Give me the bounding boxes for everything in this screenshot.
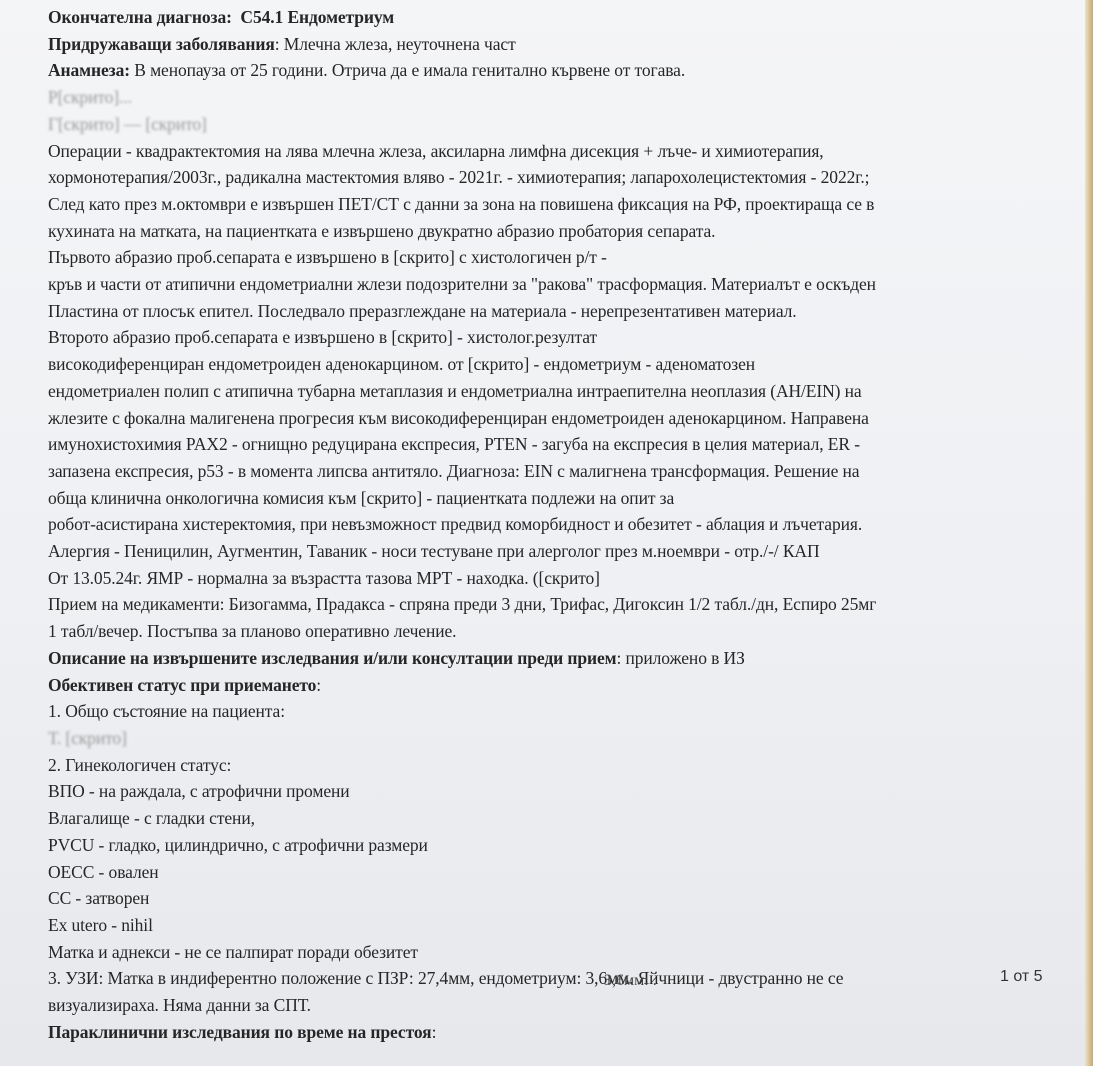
objective-status-section: 1. Общо състояние на пациента:Т. [скрито… [48,698,1058,1018]
text-line: Алергия - Пеницилин, Аугментин, Таваник … [48,538,1058,565]
text-line: След като през м.октомври е извършен ПЕТ… [48,191,1058,218]
status-line: Ex utero - nihil [48,912,1058,939]
text-line: кръв и части от атипични ендометриални ж… [48,271,1058,298]
comorbidities: Придружаващи заболявания: Млечна жлеза, … [48,31,1058,58]
status-line: 1. Общо състояние на пациента: [48,698,1058,725]
document-body: Окончателна диагноза: C54.1 Ендометриум … [48,4,1058,1045]
prior-studies: Описание на извършените изследвания и/ил… [48,645,1058,672]
status-line: PVCU - гладко, цилиндрично, с атрофични … [48,832,1058,859]
status-line: OECC - овален [48,859,1058,886]
page-indicator: 1 от 5 [1000,968,1043,986]
status-line: Матка и аднекси - не се палпират поради … [48,939,1058,966]
text-line: кухината на матката, на пациентката е из… [48,218,1058,245]
status-line: визуализираха. Няма данни за СПТ. [48,992,1058,1019]
status-line: 3. УЗИ: Матка в индиферентно положение с… [48,965,1058,992]
objective-status-heading: Обективен статус при приемането: [48,672,1058,699]
text-line: Второто абразио проб.сепарата е извършен… [48,324,1058,351]
status-line: 2. Гинекологичен статус: [48,752,1058,779]
status-line: ВПО - на раждала, с атрофични промени [48,778,1058,805]
status-line: Т. [скрито] [48,725,1058,752]
anamnesis: Анамнеза: В менопауза от 25 години. Отри… [48,57,1058,84]
document-page: Окончателна диагноза: C54.1 Ендометриум … [0,0,1093,1066]
text-line: ендометриален полип с атипична тубарна м… [48,378,1058,405]
paraclinical-heading: Параклинични изследвания по време на пре… [48,1019,1058,1046]
footer-fragment: 3,6мм: . [604,972,657,990]
text-line: 1 табл/вечер. Постъпва за планово операт… [48,618,1058,645]
text-line: имунохистохимия PAX2 - огнищно редуциран… [48,431,1058,458]
status-line: CC - затворен [48,885,1058,912]
text-line: обща клинична онкологична комисия към [с… [48,485,1058,512]
text-line: жлезите с фокална малигенена прогресия к… [48,405,1058,432]
history-section: Р[скрито]...Г[скрито] — [скрито]Операции… [48,84,1058,645]
text-line: Р[скрито]... [48,84,1058,111]
text-line: Операции - квадрактектомия на лява млечн… [48,138,1058,165]
status-line: Влагалище - с гладки стени, [48,805,1058,832]
text-line: запазена експресия, p53 - в момента липс… [48,458,1058,485]
text-line: робот-асистирана хистеректомия, при невъ… [48,511,1058,538]
text-line: От 13.05.24г. ЯМР - нормална за възрастт… [48,565,1058,592]
text-line: Прием на медикаменти: Бизогамма, Прадакс… [48,591,1058,618]
text-line: високодиференциран ендометроиден аденока… [48,351,1058,378]
text-line: Г[скрито] — [скрито] [48,111,1058,138]
text-line: хормонотерапия/2003г., радикална мастект… [48,164,1058,191]
text-line: Пластина от плосък епител. Последвало пр… [48,298,1058,325]
paper-edge [1085,0,1093,1066]
final-diagnosis: Окончателна диагноза: C54.1 Ендометриум [48,4,1058,31]
text-line: Първото абразио проб.сепарата е извършен… [48,244,1058,271]
